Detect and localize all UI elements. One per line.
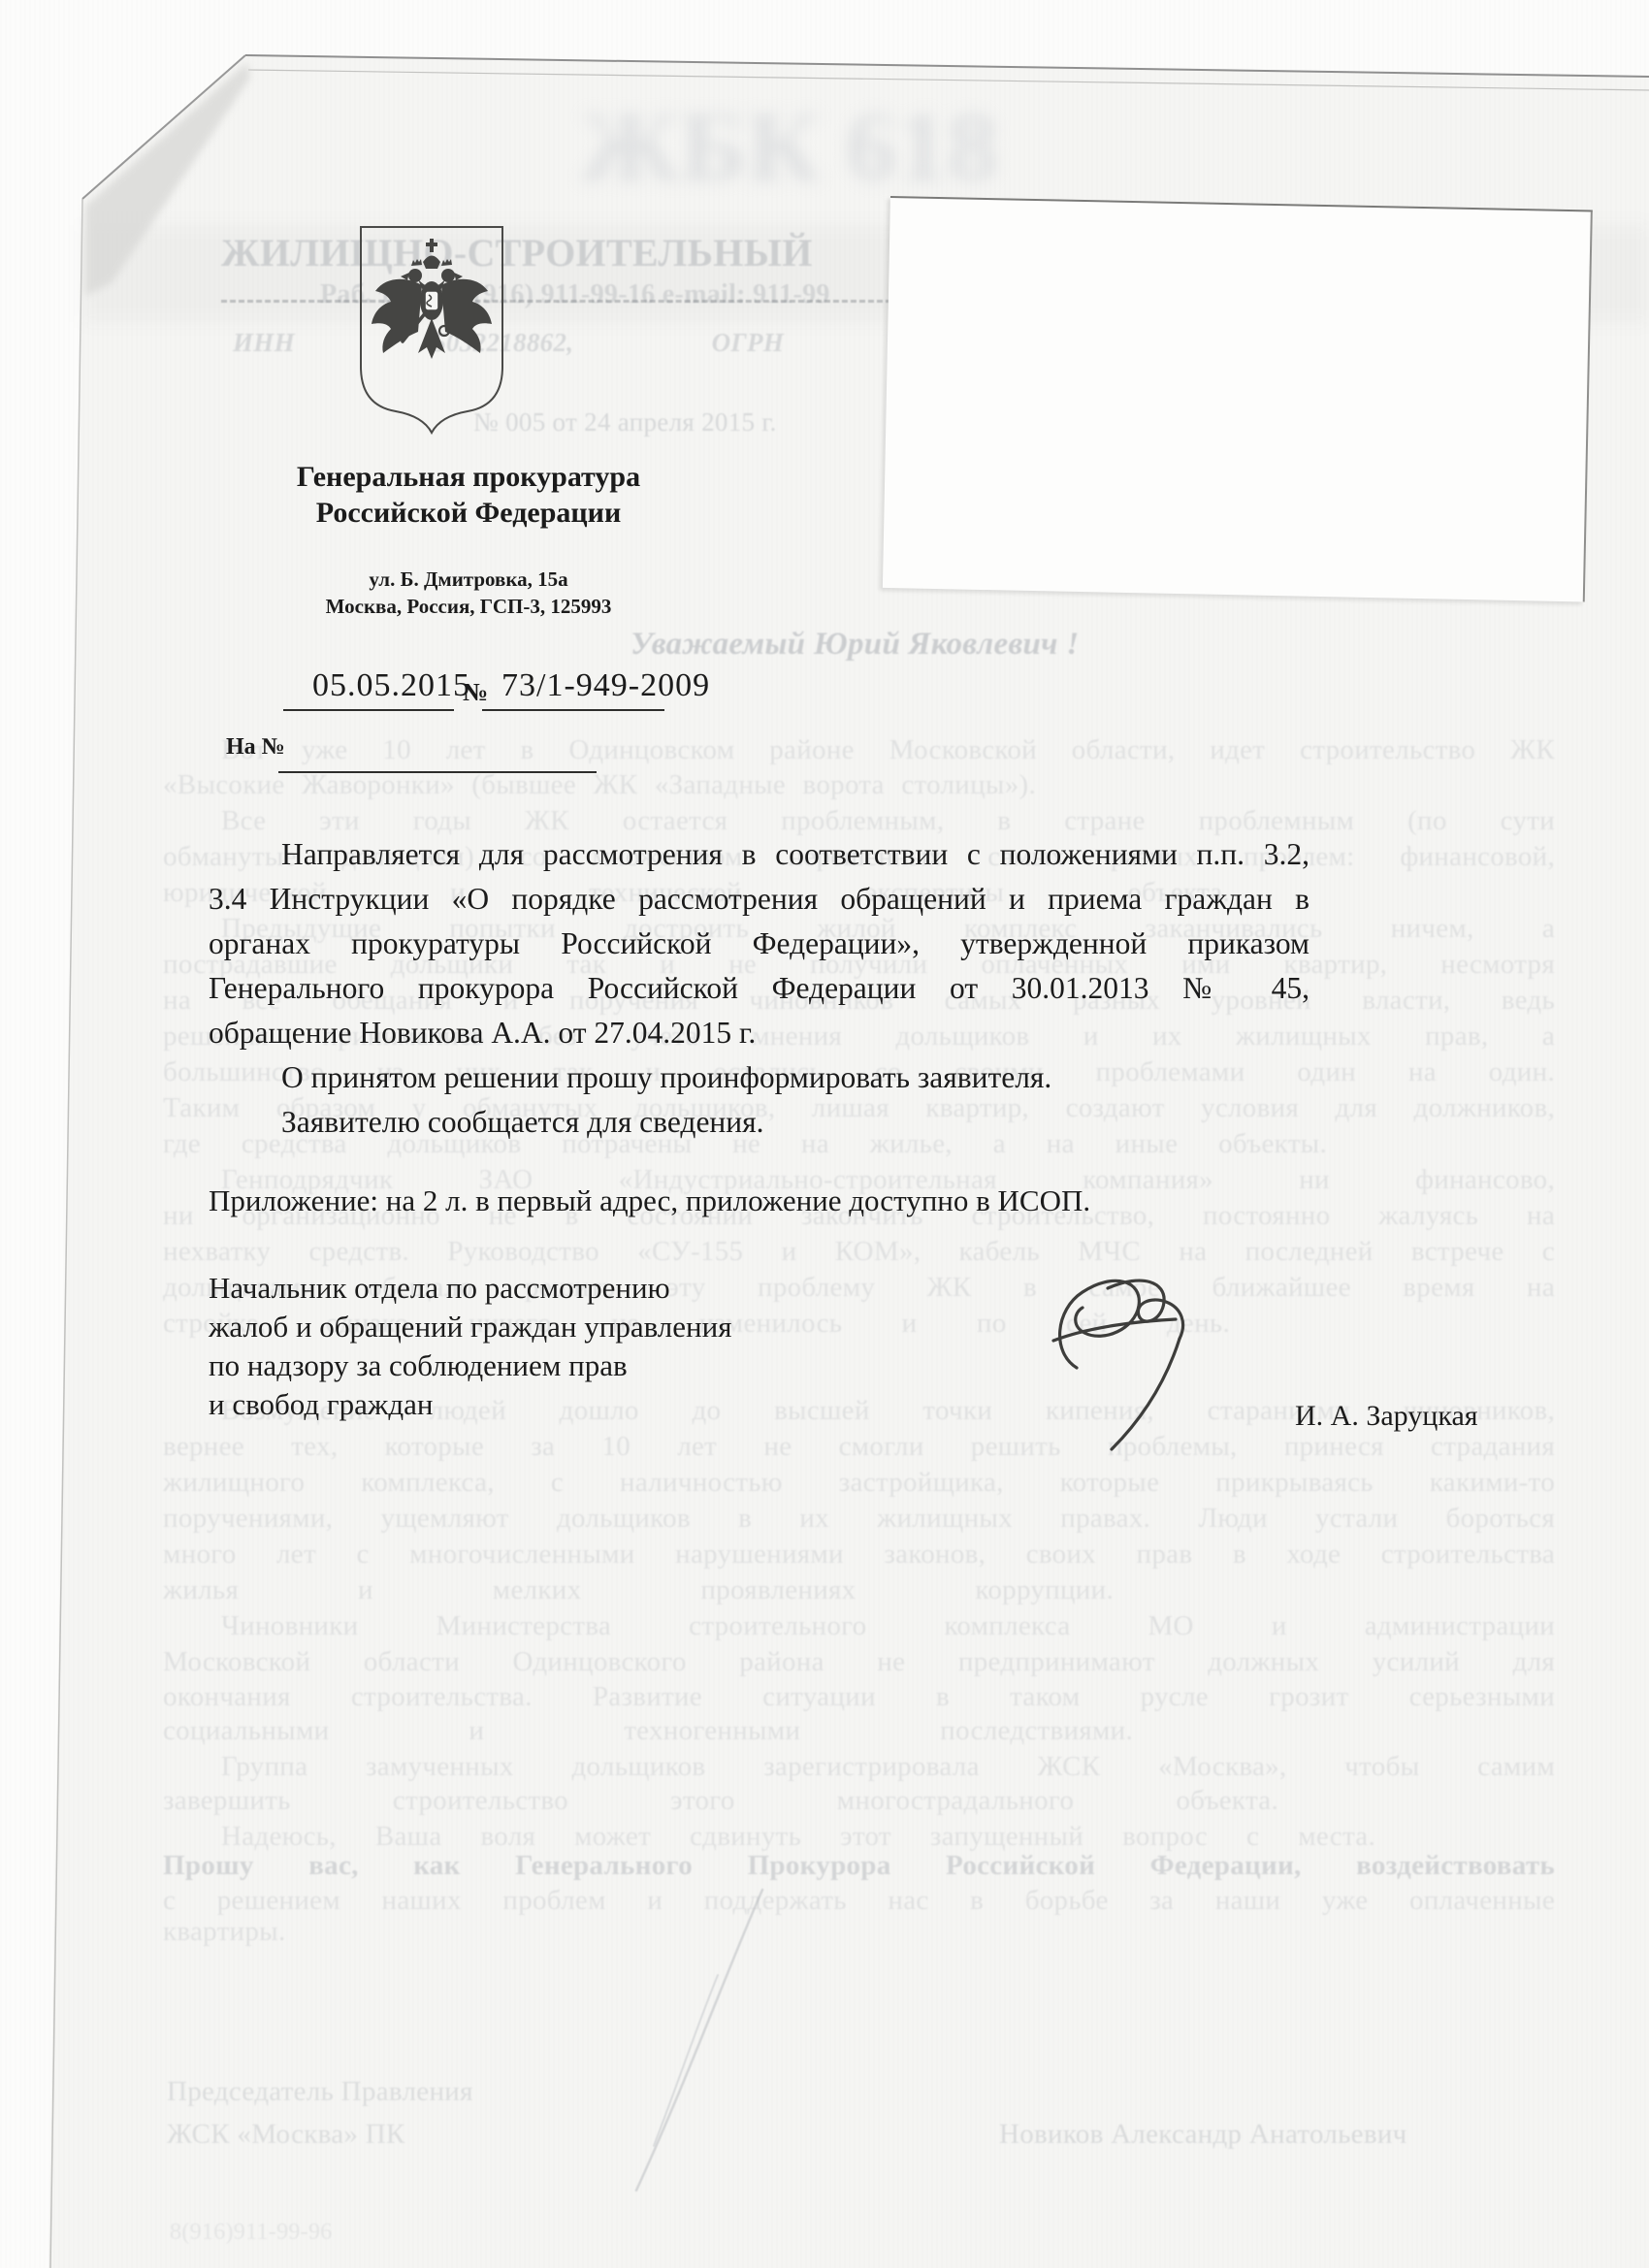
letter-body-line: О принятом решении прошу проинформироват… xyxy=(209,1055,1309,1100)
org-name-line2: Российской Федерации xyxy=(241,495,696,531)
white-cover-patch xyxy=(883,196,1593,601)
ghost-text-line: с решением наших проблем и поддержать на… xyxy=(163,1885,1555,1917)
reply-to-number-label: На № xyxy=(226,734,285,761)
ghost-text-line: жилищного комплекса, с наличностью застр… xyxy=(163,1467,1555,1499)
ghost-text-line: жилья и мелких проявлениях коррупции. xyxy=(163,1574,1114,1606)
signer-title-line1: Начальник отдела по рассмотрению xyxy=(209,1269,731,1308)
ghost-text-line: завершить строительство этого многострад… xyxy=(163,1785,1278,1817)
number-sign: № xyxy=(463,678,488,707)
number-underline xyxy=(482,709,664,711)
ghost-outgoing-number: № 005 от 24 апреля 2015 г. xyxy=(473,407,777,437)
letter-body: Направляется для рассмотрения в соответс… xyxy=(209,832,1309,1145)
double-headed-eagle-icon xyxy=(372,239,492,359)
letter-body-line: 3.4 Инструкции «О порядке рассмотрения о… xyxy=(209,877,1309,922)
letter-body-line: обращение Новикова А.А. от 27.04.2015 г. xyxy=(209,1011,1309,1055)
coat-of-arms-emblem xyxy=(351,221,512,439)
ghost-footer-org: ЖСК «Москва» ПК xyxy=(167,2119,405,2151)
org-name-line1: Генеральная прокуратура xyxy=(241,459,696,495)
signer-name: И. А. Заруцкая xyxy=(1295,1400,1478,1433)
handwritten-signature xyxy=(1050,1259,1287,1468)
letter-date: 05.05.2015 xyxy=(312,667,470,704)
signer-title-block: Начальник отдела по рассмотрению жалоб и… xyxy=(209,1269,731,1424)
letter-body-line: Направляется для рассмотрения в соответс… xyxy=(209,832,1309,877)
ghost-text-line: Вот уже 10 лет в Одинцовском районе Моск… xyxy=(163,734,1555,766)
ghost-text-line: Прошу вас, как Генерального Прокурора Ро… xyxy=(163,1850,1555,1882)
signer-title-line2: жалоб и обращений граждан управления xyxy=(209,1308,731,1346)
org-address-line2: Москва, Россия, ГСП-3, 125993 xyxy=(241,593,696,620)
letter-body-line: органах прокуратуры Российской Федерации… xyxy=(209,922,1309,966)
ghost-logo: ЖБК 618 xyxy=(580,89,998,206)
letter-body-line: Заявителю сообщается для сведения. xyxy=(209,1100,1309,1145)
org-name: Генеральная прокуратура Российской Федер… xyxy=(241,459,696,531)
ghost-text-line: вернее тех, которые за 10 лет не смогли … xyxy=(163,1431,1555,1463)
attachment-line: Приложение: на 2 л. в первый адрес, прил… xyxy=(209,1183,1090,1218)
ghost-footer-phone: 8(916)911-99-96 xyxy=(170,2219,333,2247)
ghost-signature xyxy=(572,1882,786,2241)
reply-to-number-underline xyxy=(278,771,597,773)
signer-title-line4: и свобод граждан xyxy=(209,1385,731,1424)
ghost-footer-name: Новиков Александр Анатольевич xyxy=(999,2119,1407,2151)
letter-number: 73/1-949-2009 xyxy=(501,667,710,704)
ghost-text-line: много лет с многочисленными нарушениями … xyxy=(163,1539,1555,1571)
scanned-letter-page: ЖБК 618ЖИЛИЩНО-СТРОИТЕЛЬНЫЙ КООПЕРАТИВРа… xyxy=(0,0,1649,2268)
ghost-text-line: поручениями, ущемляют дольщиков в их жил… xyxy=(163,1503,1555,1535)
ghost-text-line: Чиновники Министерства строительного ком… xyxy=(163,1610,1555,1642)
ghost-text-line: Группа замученных дольщиков зарегистриро… xyxy=(163,1751,1555,1783)
ghost-text-line: квартиры. xyxy=(163,1916,454,1948)
ghost-text-line: окончания строительства. Развитие ситуац… xyxy=(163,1681,1555,1713)
org-address: ул. Б. Дмитровка, 15а Москва, Россия, ГС… xyxy=(241,566,696,620)
ghost-text-line: социальными и техногенными последствиями… xyxy=(163,1715,1133,1747)
date-underline xyxy=(283,709,454,711)
ghost-footer-title: Председатель Правления xyxy=(167,2076,473,2108)
ghost-salutation: Уважаемый Юрий Яковлевич ! xyxy=(630,627,1080,664)
letter-body-line: Генерального прокурора Российской Федера… xyxy=(209,966,1309,1011)
ghost-text-line: Московской области Одинцовского района н… xyxy=(163,1646,1555,1678)
signer-title-line3: по надзору за соблюдением прав xyxy=(209,1346,731,1385)
ghost-text-line: Надеюсь, Ваша воля может сдвинуть этот з… xyxy=(163,1821,1375,1853)
ghost-text-line: «Высокие Жаворонки» (бывшее ЖК «Западные… xyxy=(163,769,1036,801)
org-address-line1: ул. Б. Дмитровка, 15а xyxy=(241,566,696,593)
ghost-text-line: нехватку средств. Руководство «СУ-155 и … xyxy=(163,1236,1555,1268)
